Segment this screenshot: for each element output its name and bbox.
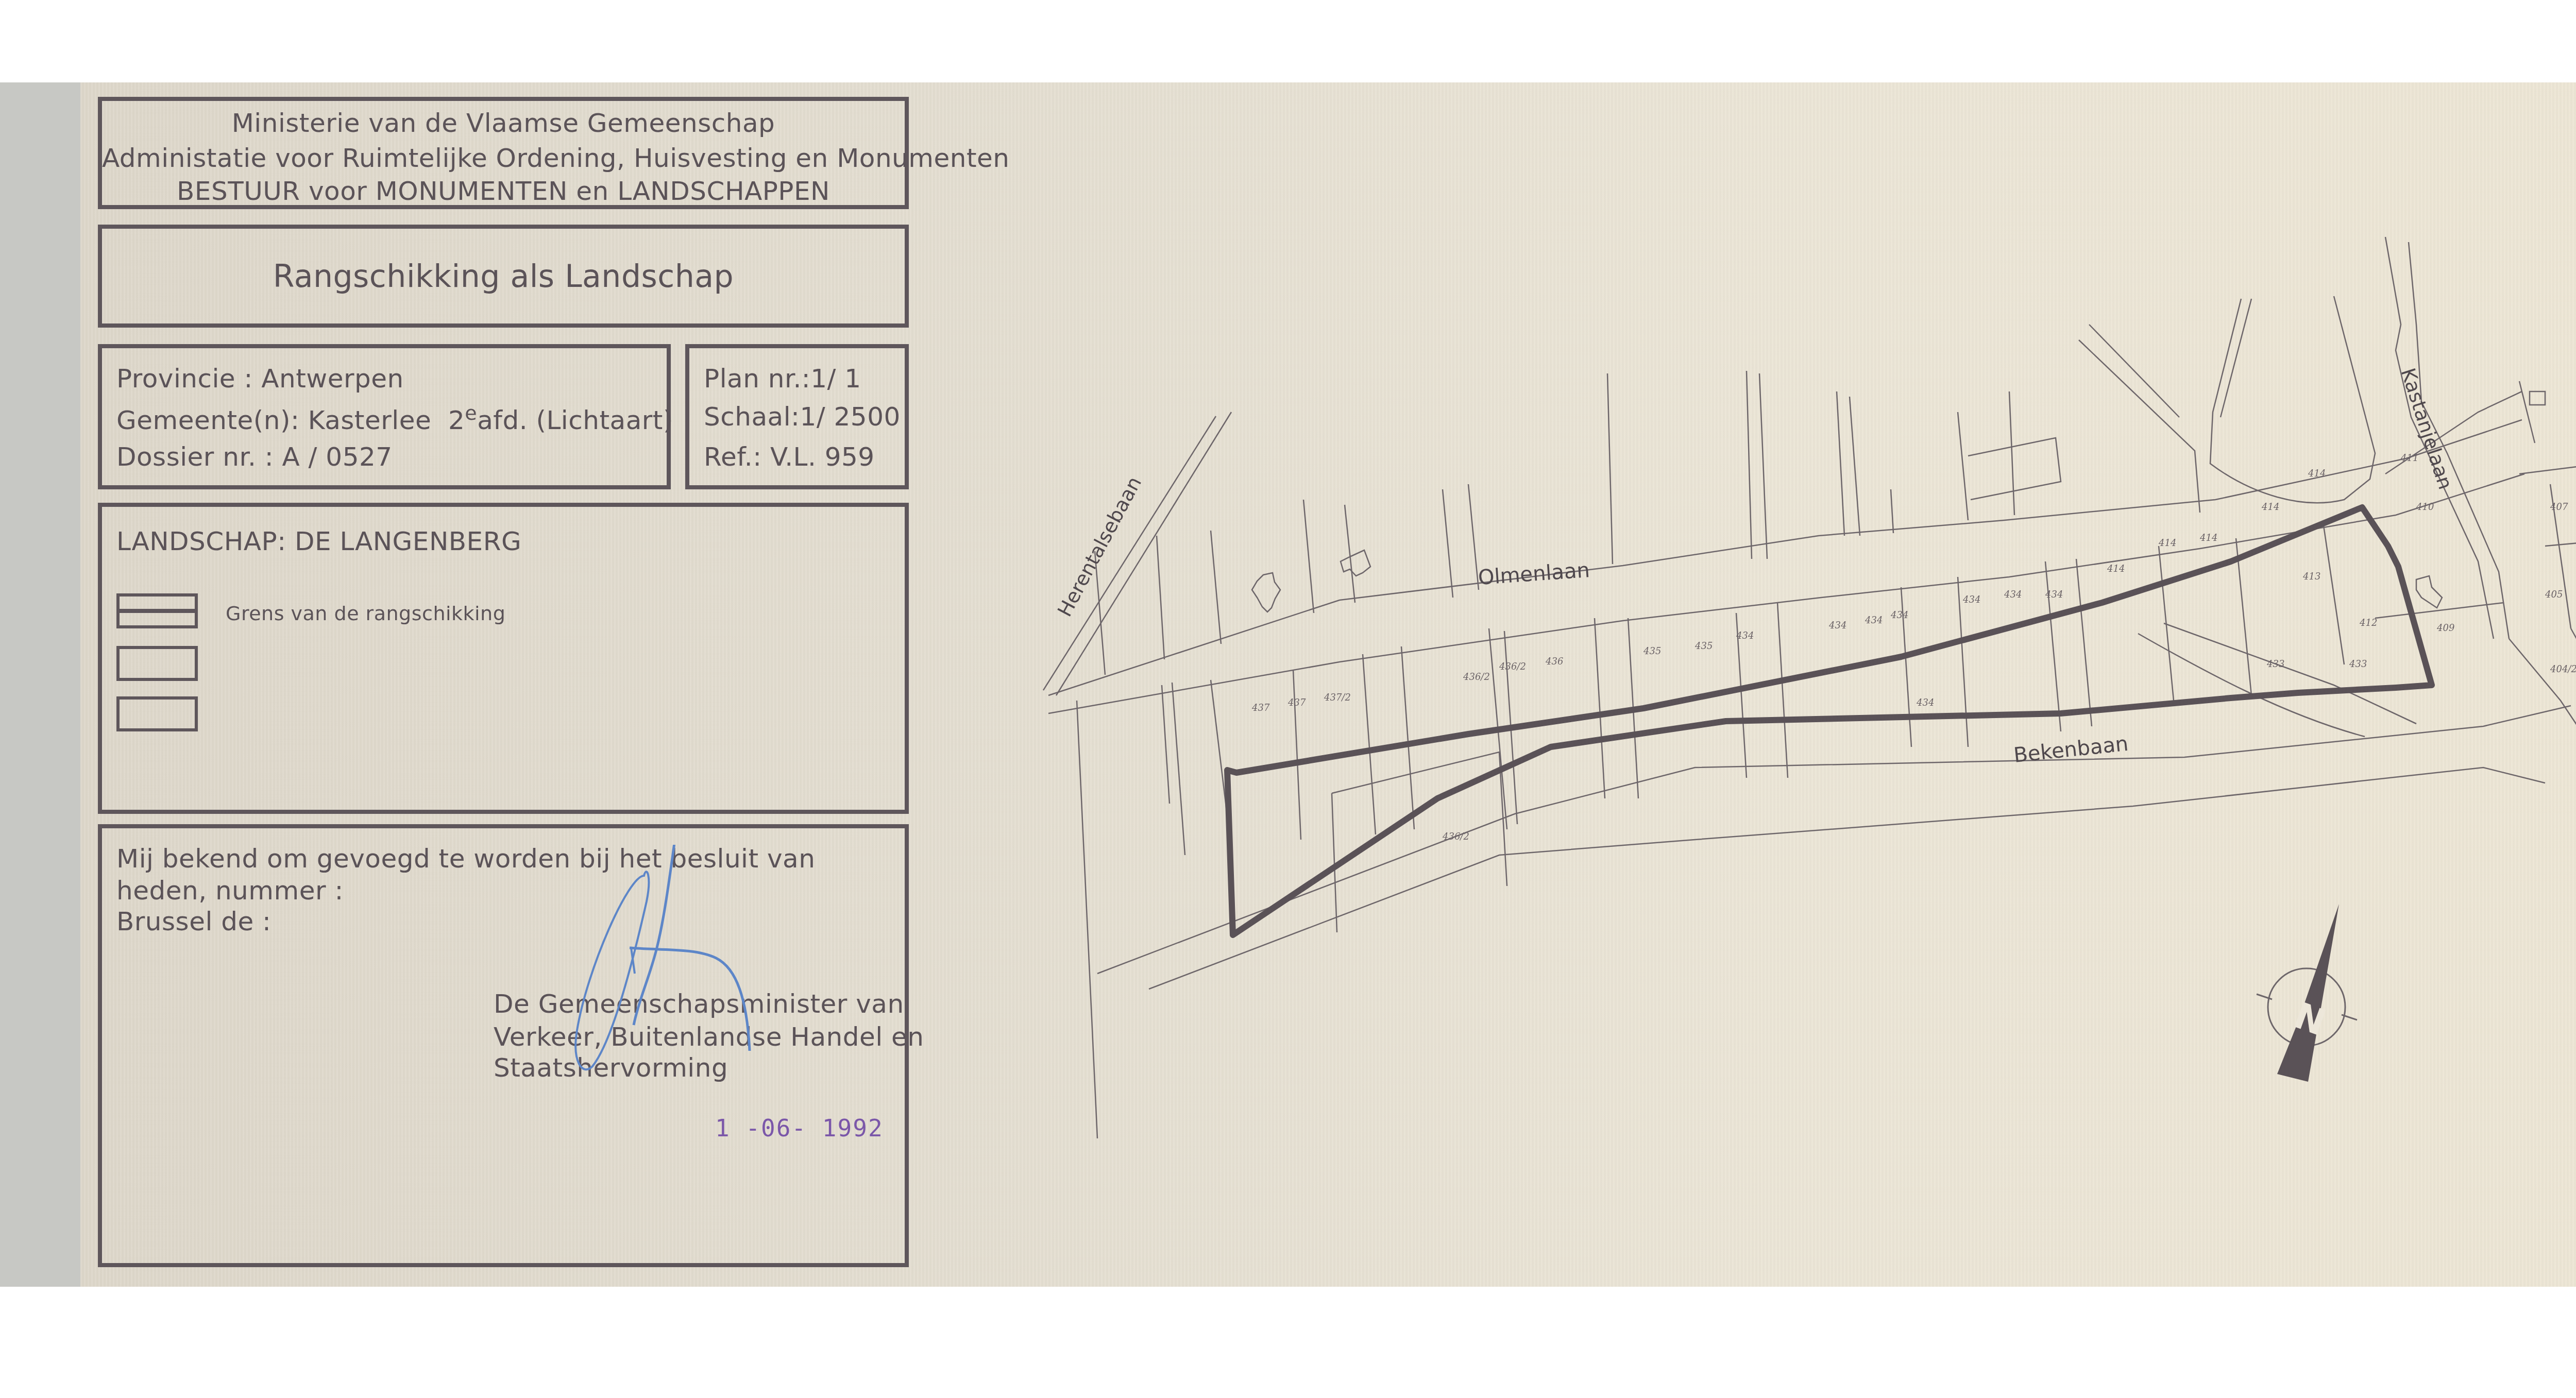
provincie-value: Antwerpen (261, 364, 403, 394)
parcel-label: 434 (1828, 620, 1846, 631)
plan-label: Plan nr. (704, 364, 802, 394)
north-arrow-icon: N (2257, 904, 2357, 1082)
parcel-label: 414 (2158, 538, 2176, 549)
house-icon (2416, 576, 2442, 608)
parcel-label: 435 (1694, 641, 1713, 652)
house-icon (2530, 391, 2545, 405)
parcel-label: 437 (1287, 697, 1306, 708)
street-label-olmenlaan: Olmenlaan (1477, 558, 1590, 590)
minister-title-line2: Verkeer, Buitenlandse Handel en (494, 1022, 924, 1052)
colon: : (753, 442, 770, 472)
parcel-label: 433 (2349, 659, 2367, 670)
house-icon (1252, 573, 1280, 612)
scanner-bed-left (0, 82, 81, 1287)
scale-row: Schaal:1/ 2500 (704, 402, 901, 432)
parcel-label: 436 (1545, 656, 1563, 667)
parcel-label: 436/2 (1463, 672, 1490, 683)
legend-swatch-empty (116, 696, 198, 731)
parcel-label: 414 (2107, 564, 2125, 574)
parcel-label: 434 (1962, 594, 1980, 605)
decree-text-line2: heden, nummer : (116, 876, 344, 906)
parcel-label: 434 (2004, 589, 2022, 600)
parcel-label: 404/2 (2550, 664, 2576, 675)
parcel-label: 405 (2545, 589, 2563, 600)
dossier-label: Dossier nr. (116, 442, 256, 472)
parcel-label: 436/2 (1499, 661, 1526, 672)
parcel-label: 411 (2400, 453, 2418, 464)
dossier-row: Dossier nr. : A / 0527 (116, 442, 393, 472)
date-stamp: 1 -06- 1992 (715, 1114, 884, 1142)
afdeling-ordinal: e (465, 402, 477, 424)
parcel-label: 434 (1916, 697, 1934, 708)
provincie-row: Provincie : Antwerpen (116, 364, 404, 394)
street-label-herentalsebaan: Herentalsebaan (1053, 473, 1146, 620)
location-box: Provincie : Antwerpen Gemeente(n): Kaste… (98, 344, 671, 489)
colon: : (256, 442, 282, 472)
parcel-label: 434 (1865, 615, 1883, 626)
plan-title-box: Rangschikking als Landschap (98, 225, 909, 328)
parcel-label: 413 (2302, 571, 2320, 582)
parcel-label: 433 (2266, 659, 2284, 670)
ref-label: Ref. (704, 442, 753, 472)
scale-value: 1/ 2500 (800, 402, 900, 432)
parcel-label: 437 (1251, 703, 1270, 713)
afdeling-number: 2 (448, 405, 465, 435)
decree-box: Mij bekend om gevoegd te worden bij het … (98, 824, 909, 1267)
parcel-label: 434 (1736, 630, 1754, 641)
gemeente-label: Gemeente(n) (116, 405, 291, 435)
parcel-label: 412 (2359, 618, 2377, 628)
street-label-kastanjelaan: Kastanjelaan (2396, 365, 2456, 492)
plan-title: Rangschikking als Landschap (102, 259, 905, 295)
scale-label: Schaal (704, 402, 791, 432)
plan-value: 1/ 1 (810, 364, 861, 394)
house-icon (1341, 550, 1370, 576)
colon: : (291, 405, 308, 435)
colon: : (791, 402, 800, 432)
parcel-label: 434 (2045, 589, 2063, 600)
minister-title-line3: Staatshervorming (494, 1053, 728, 1083)
minister-title-line1: De Gemeenschapsminister van (494, 989, 904, 1019)
department-name: BESTUUR voor MONUMENTEN en LANDSCHAPPEN (102, 176, 905, 206)
legend-swatch-boundary (116, 593, 198, 628)
plan-info-box: Plan nr.:1/ 1 Schaal:1/ 2500 Ref.: V.L. … (685, 344, 909, 489)
cadastral-map: Herentalsebaan Olmenlaan Kastanjelaan Be… (922, 82, 2576, 1287)
legend-swatch-empty (116, 646, 198, 681)
parcel-label: 407 (2550, 502, 2568, 513)
classification-boundary (1227, 507, 2432, 935)
decree-place: Brussel de : (116, 907, 271, 936)
legend-label-boundary: Grens van de rangschikking (226, 602, 505, 625)
landscape-name: LANDSCHAP: DE LANGENBERG (116, 526, 521, 556)
colon: : (802, 364, 810, 394)
legend-box: LANDSCHAP: DE LANGENBERG Grens van de ra… (98, 503, 909, 814)
decree-text-line1: Mij bekend om gevoegd te worden bij het … (116, 844, 815, 874)
afdeling-name: afd. (Lichtaart) (477, 405, 673, 435)
ministry-header-box: Ministerie van de Vlaamse Gemeenschap Ad… (98, 97, 909, 209)
colon: : (235, 364, 261, 394)
administration-name: Administatie voor Ruimtelijke Ordening, … (102, 143, 905, 173)
provincie-label: Provincie (116, 364, 235, 394)
ref-row: Ref.: V.L. 959 (704, 442, 875, 472)
ref-value: V.L. 959 (770, 442, 875, 472)
dossier-value: A / 0527 (282, 442, 393, 472)
parcel-label: 414 (2199, 533, 2217, 543)
ministry-name: Ministerie van de Vlaamse Gemeenschap (102, 108, 905, 138)
street-label-bekenbaan: Bekenbaan (2012, 732, 2129, 768)
parcel-label: 434 (1890, 610, 1908, 621)
parcel-label: 414 (2308, 468, 2326, 479)
parcel-label: 414 (2261, 502, 2279, 513)
parcel-label: 410 (2416, 502, 2434, 513)
parcel-label: 435 (1643, 646, 1661, 657)
parcel-label: 409 (2436, 623, 2454, 634)
gemeente-row: Gemeente(n): Kasterlee 2eafd. (Lichtaart… (116, 402, 673, 435)
parcel-label: 437/2 (1324, 692, 1351, 703)
plan-number-row: Plan nr.:1/ 1 (704, 364, 861, 394)
gemeente-value: Kasterlee (308, 405, 431, 435)
parcel-label: 436/2 (1442, 831, 1469, 842)
